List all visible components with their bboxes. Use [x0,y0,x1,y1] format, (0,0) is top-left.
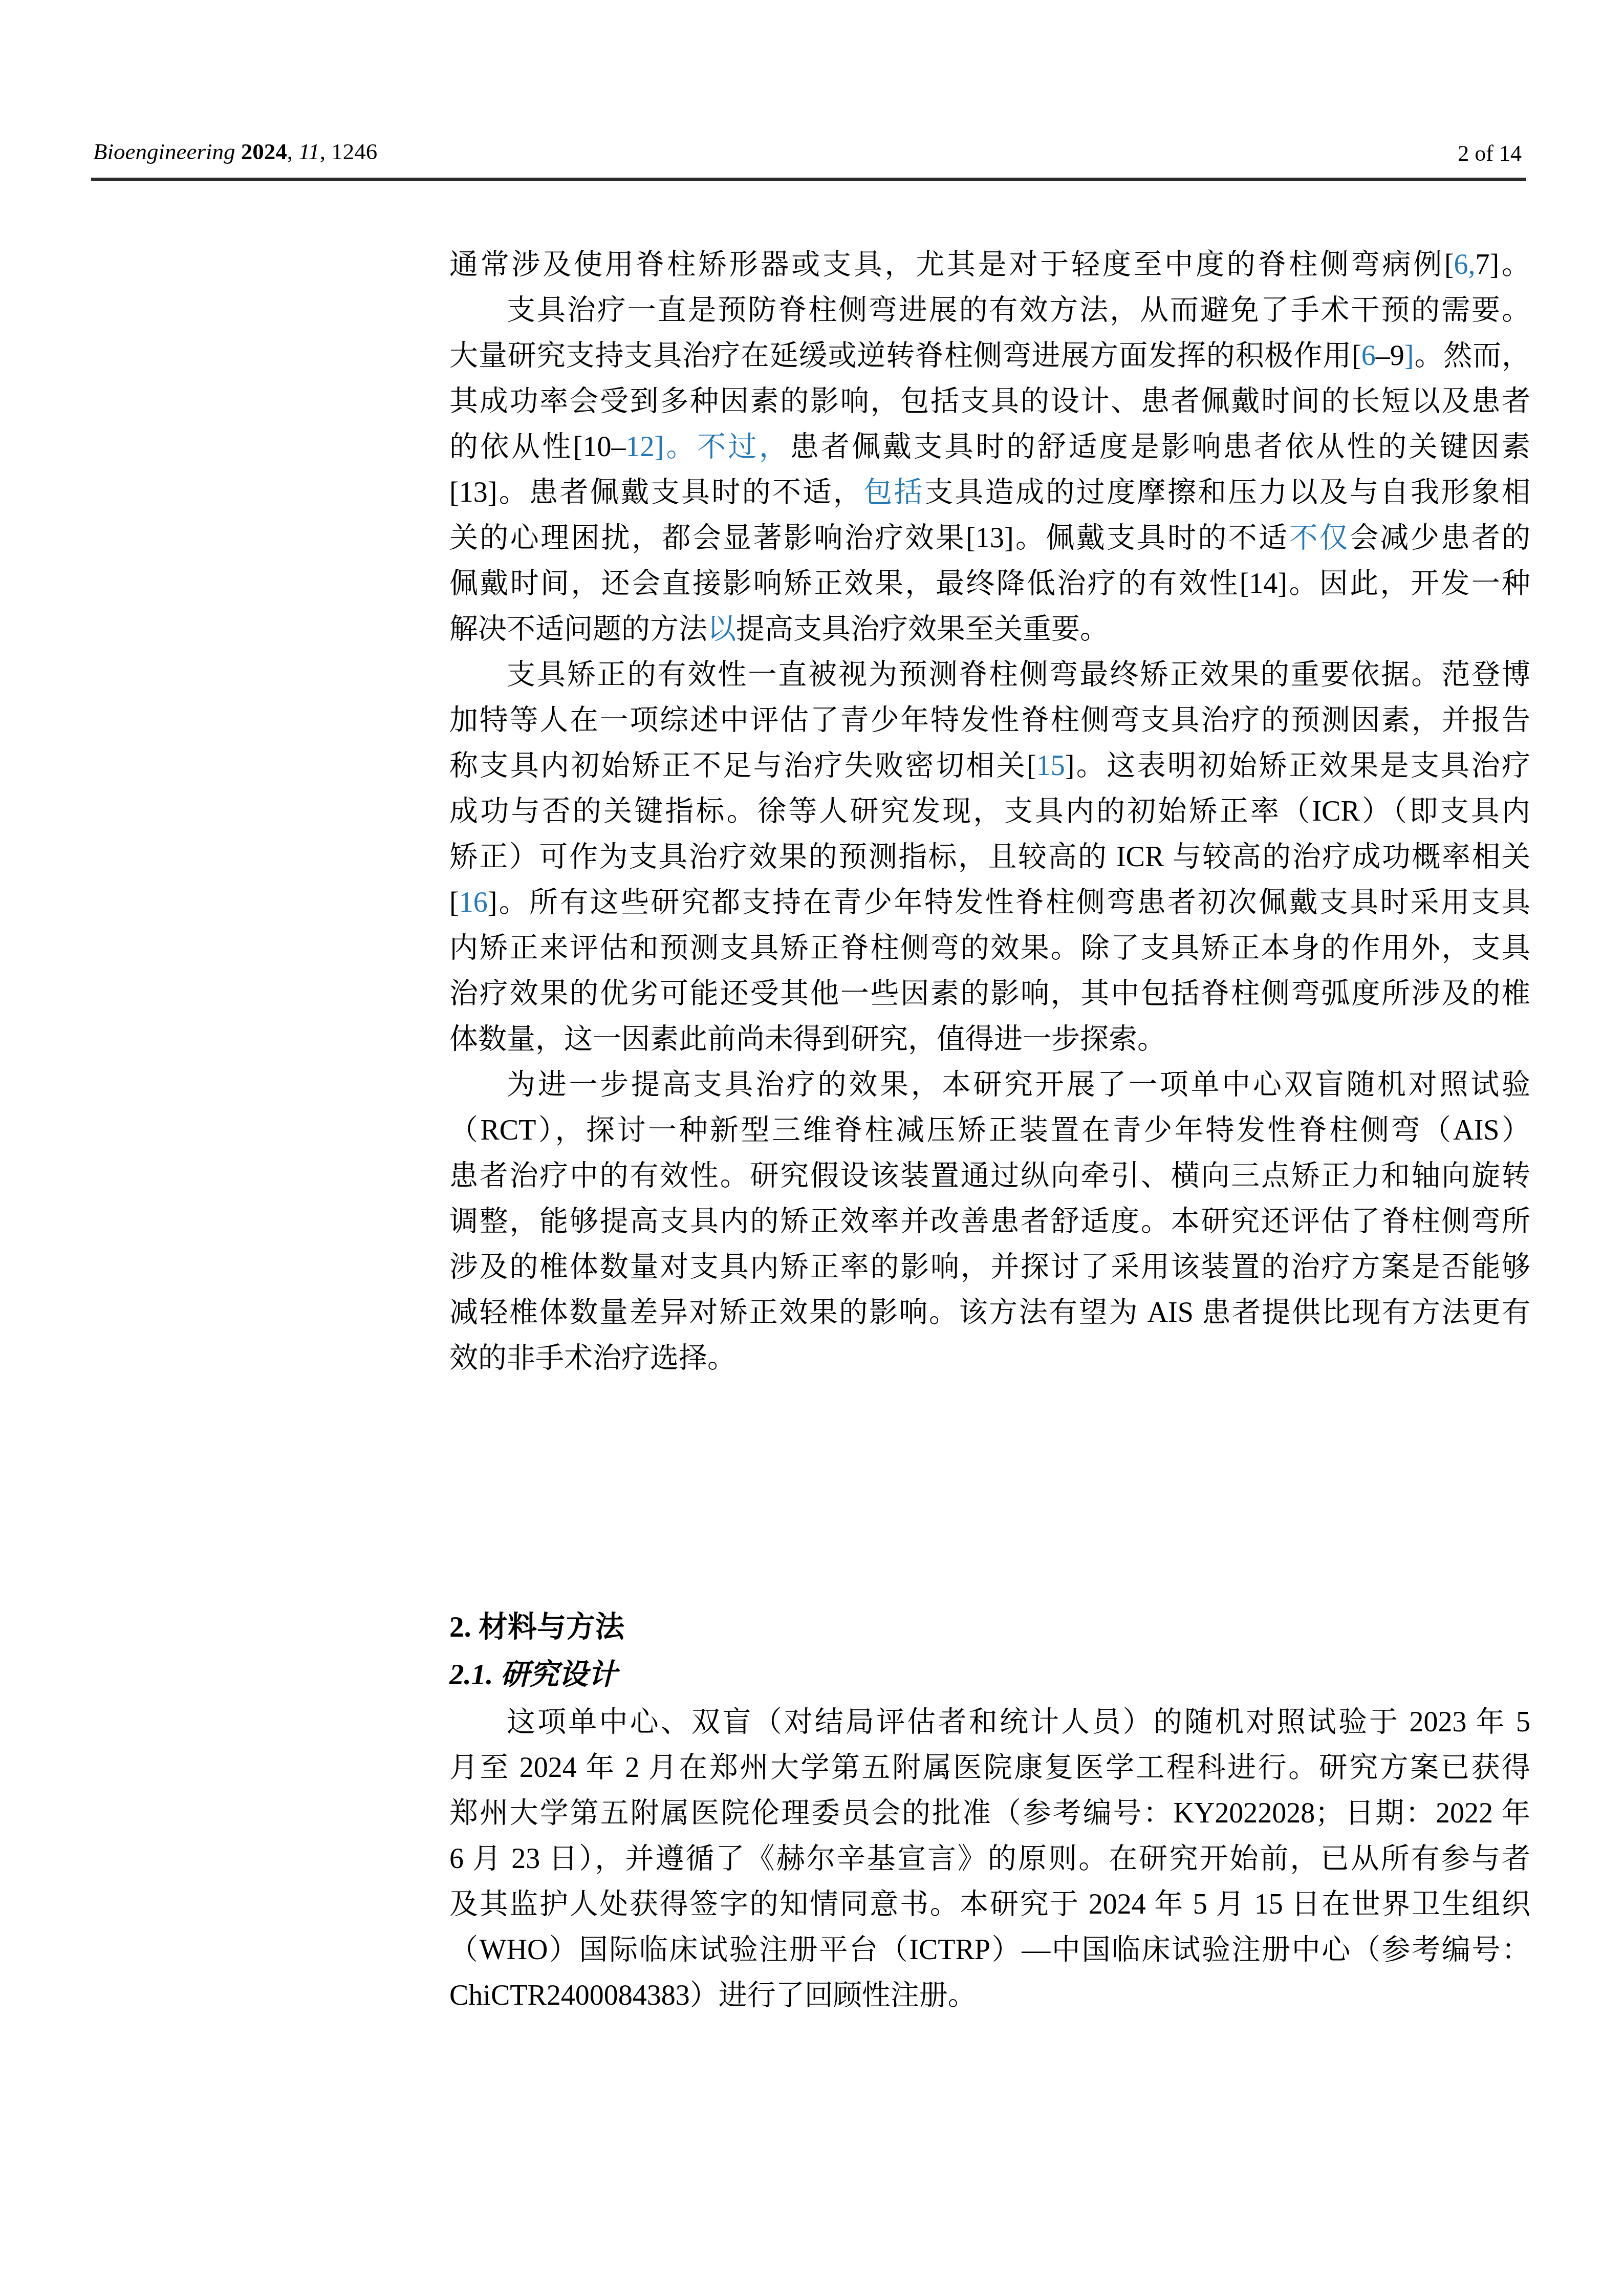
text-line: 这项单中心、双盲（对结局评估者和统计人员）的随机对照试验于 2023 年 5 [449,1700,1530,1745]
text-line: 解决不适问题的方法以提高支具治疗效果至关重要。 [449,607,1530,652]
text-line: 效的非手术治疗选择。 [449,1336,1530,1381]
text-run: [ [449,887,459,918]
reference-link[interactable]: 不仅 [1289,522,1350,554]
text-line: 月至 2024 年 2 月在郑州大学第五附属医院康复医学工程科进行。研究方案已获… [449,1745,1530,1791]
text-run: [13]。患者佩戴支具时的不适， [449,477,863,508]
text-line: 体数量，这一因素此前尚未得到研究，值得进一步探索。 [449,1017,1530,1062]
text-run: 内矫正来评估和预测支具矫正脊柱侧弯的效果。除了支具矫正本身的作用外，支具 [449,932,1530,964]
text-run: 支具治疗一直是预防脊柱侧弯进展的有效方法，从而避免了手术干预的需要。 [507,294,1530,326]
text-line: 大量研究支持支具治疗在延缓或逆转脊柱侧弯进展方面发挥的积极作用[6–9]。然而， [449,333,1530,379]
text-run: 成功与否的关键指标。徐等人研究发现，支具内的初始矫正率（ICR）（即支具内 [449,796,1530,827]
text-line: 支具矫正的有效性一直被视为预测脊柱侧弯最终矫正效果的重要依据。范登博 [449,652,1530,698]
reference-link[interactable]: 6 [1361,340,1376,372]
text-line: 的依从性[10–12]。不过，患者佩戴支具时的舒适度是影响患者依从性的关键因素 [449,424,1530,470]
text-line: 减轻椎体数量差异对矫正效果的影响。该方法有望为 AIS 患者提供比现有方法更有 [449,1290,1530,1336]
text-run: 会减少患者的 [1350,522,1530,554]
text-line: ChiCTR2400084383）进行了回顾性注册。 [449,1973,1530,2019]
text-run: ]。所有这些研究都支持在青少年特发性脊柱侧弯患者初次佩戴支具时采用支具 [488,887,1530,918]
text-run: 支具造成的过度摩擦和压力以及与自我形象相 [924,477,1530,508]
text-line: 郑州大学第五附属医院伦理委员会的批准（参考编号：KY2022028；日期：202… [449,1791,1530,1836]
text-run: 及其监护人处获得签字的知情同意书。本研究于 2024 年 5 月 15 日在世界… [449,1889,1530,1920]
text-run: 6 月 23 日），并遵循了《赫尔辛基宣言》的原则。在研究开始前，已从所有参与者 [449,1843,1530,1875]
text-run: 减轻椎体数量差异对矫正效果的影响。该方法有望为 AIS 患者提供比现有方法更有 [449,1297,1530,1328]
text-run: 通常涉及使用脊柱矫形器或支具，尤其是对于轻度至中度的脊柱侧弯病例[ [449,249,1454,281]
text-run: ]。这表明初始矫正效果是支具治疗 [1065,750,1530,782]
text-run: 的依从性[10– [449,431,625,463]
reference-link[interactable]: 15 [1036,750,1065,782]
document-page: Bioengineering 2024, 11, 1246 2 of 14 通常… [0,0,1624,2296]
text-run: –9 [1376,340,1404,372]
text-run: 关的心理困扰，都会显著影响治疗效果[13]。佩戴支具时的不适 [449,522,1289,554]
subsection-heading-study-design: 2.1. 研究设计 [449,1652,1530,1698]
text-line: [16]。所有这些研究都支持在青少年特发性脊柱侧弯患者初次佩戴支具时采用支具 [449,880,1530,926]
text-run: 加特等人在一项综述中评估了青少年特发性脊柱侧弯支具治疗的预测因素，并报告 [449,704,1530,736]
text-run [235,139,241,164]
text-run: 矫正）可作为支具治疗效果的预测指标，且较高的 ICR 与较高的治疗成功概率相关 [449,841,1530,873]
text-run: 解决不适问题的方法 [449,613,707,645]
text-run: 支具矫正的有效性一直被视为预测脊柱侧弯最终矫正效果的重要依据。范登博 [507,659,1530,691]
text-run: 佩戴时间，还会直接影响矫正效果，最终降低治疗的有效性[14]。因此，开发一种 [449,568,1530,599]
text-run: 11 [298,139,320,164]
reference-link[interactable]: 16 [459,887,488,918]
text-line: 内矫正来评估和预测支具矫正脊柱侧弯的效果。除了支具矫正本身的作用外，支具 [449,926,1530,971]
text-line: 调整，能够提高支具内的矫正效率并改善患者舒适度。本研究还评估了脊柱侧弯所 [449,1199,1530,1244]
text-run: Bioengineering [93,139,235,164]
text-run: 7]。 [1476,249,1530,281]
section-heading-materials-methods: 2. 材料与方法 [449,1604,1530,1650]
text-run: 。然而， [1414,340,1531,372]
header-rule [91,178,1526,181]
text-run: 这项单中心、双盲（对结局评估者和统计人员）的随机对照试验于 2023 年 5 [507,1706,1530,1738]
text-line: 成功与否的关键指标。徐等人研究发现，支具内的初始矫正率（ICR）（即支具内 [449,789,1530,834]
text-line: 患者治疗中的有效性。研究假设该装置通过纵向牵引、横向三点矫正力和轴向旋转 [449,1153,1530,1199]
text-run: 大量研究支持支具治疗在延缓或逆转脊柱侧弯进展方面发挥的积极作用[ [449,340,1361,372]
page-number: 2 of 14 [1458,138,1522,169]
reference-link[interactable]: 12]。不过， [625,431,790,463]
running-head: Bioengineering 2024, 11, 1246 [93,136,377,167]
text-line: 佩戴时间，还会直接影响矫正效果，最终降低治疗的有效性[14]。因此，开发一种 [449,561,1530,607]
text-line: 涉及的椎体数量对支具内矫正率的影响，并探讨了采用该装置的治疗方案是否能够 [449,1244,1530,1290]
text-line: 关的心理困扰，都会显著影响治疗效果[13]。佩戴支具时的不适不仅会减少患者的 [449,516,1530,561]
text-run: 其成功率会受到多种因素的影响，包括支具的设计、患者佩戴时间的长短以及患者 [449,385,1530,417]
text-run: 调整，能够提高支具内的矫正效率并改善患者舒适度。本研究还评估了脊柱侧弯所 [449,1206,1530,1237]
text-line: （RCT），探讨一种新型三维脊柱减压矫正装置在青少年特发性脊柱侧弯（AIS） [449,1108,1530,1153]
text-line: 6 月 23 日），并遵循了《赫尔辛基宣言》的原则。在研究开始前，已从所有参与者 [449,1836,1530,1882]
text-line: 加特等人在一项综述中评估了青少年特发性脊柱侧弯支具治疗的预测因素，并报告 [449,698,1530,743]
text-line: 通常涉及使用脊柱矫形器或支具，尤其是对于轻度至中度的脊柱侧弯病例[6,7]。 [449,242,1530,288]
text-run: 治疗效果的优劣可能还受其他一些因素的影响，其中包括脊柱侧弯弧度所涉及的椎 [449,978,1530,1010]
text-line: 治疗效果的优劣可能还受其他一些因素的影响，其中包括脊柱侧弯弧度所涉及的椎 [449,971,1530,1017]
text-line: 矫正）可作为支具治疗效果的预测指标，且较高的 ICR 与较高的治疗成功概率相关 [449,834,1530,880]
text-run: 2024 [241,139,287,164]
text-line: 为进一步提高支具治疗的效果，本研究开展了一项单中心双盲随机对照试验 [449,1062,1530,1108]
text-run: 效的非手术治疗选择。 [449,1342,736,1374]
text-run: 郑州大学第五附属医院伦理委员会的批准（参考编号：KY2022028；日期：202… [449,1797,1530,1829]
text-run: （WHO）国际临床试验注册平台（ICTRP）—中国临床试验注册中心（参考编号： [449,1934,1530,1966]
intro-paragraphs: 通常涉及使用脊柱矫形器或支具，尤其是对于轻度至中度的脊柱侧弯病例[6,7]。支具… [449,242,1530,1381]
reference-link[interactable]: 包括 [863,477,924,508]
text-run: , 1246 [320,139,378,164]
text-run: 涉及的椎体数量对支具内矫正率的影响，并探讨了采用该装置的治疗方案是否能够 [449,1251,1530,1283]
text-run: 称支具内初始矫正不足与治疗失败密切相关[ [449,750,1036,782]
text-run: , [287,139,299,164]
text-run: 提高支具治疗效果至关重要。 [736,613,1109,645]
text-run: 体数量，这一因素此前尚未得到研究，值得进一步探索。 [449,1023,1166,1055]
text-run: 患者佩戴支具时的舒适度是影响患者依从性的关键因素 [790,431,1530,463]
text-line: （WHO）国际临床试验注册平台（ICTRP）—中国临床试验注册中心（参考编号： [449,1927,1530,1973]
text-line: 称支具内初始矫正不足与治疗失败密切相关[15]。这表明初始矫正效果是支具治疗 [449,743,1530,789]
text-line: 其成功率会受到多种因素的影响，包括支具的设计、患者佩戴时间的长短以及患者 [449,379,1530,424]
text-run: （RCT），探讨一种新型三维脊柱减压矫正装置在青少年特发性脊柱侧弯（AIS） [449,1114,1530,1146]
text-line: 支具治疗一直是预防脊柱侧弯进展的有效方法，从而避免了手术干预的需要。 [449,288,1530,333]
text-line: [13]。患者佩戴支具时的不适，包括支具造成的过度摩擦和压力以及与自我形象相 [449,470,1530,516]
reference-link[interactable]: 以 [707,613,736,645]
text-run: 为进一步提高支具治疗的效果，本研究开展了一项单中心双盲随机对照试验 [507,1069,1530,1101]
text-line: 及其监护人处获得签字的知情同意书。本研究于 2024 年 5 月 15 日在世界… [449,1882,1530,1927]
reference-link[interactable]: 6, [1454,249,1476,281]
reference-link[interactable]: ] [1404,340,1414,372]
study-design-paragraph: 这项单中心、双盲（对结局评估者和统计人员）的随机对照试验于 2023 年 5月至… [449,1700,1530,2019]
text-run: ChiCTR2400084383）进行了回顾性注册。 [449,1980,977,2011]
text-run: 月至 2024 年 2 月在郑州大学第五附属医院康复医学工程科进行。研究方案已获… [449,1752,1530,1784]
text-run: 患者治疗中的有效性。研究假设该装置通过纵向牵引、横向三点矫正力和轴向旋转 [449,1160,1530,1192]
